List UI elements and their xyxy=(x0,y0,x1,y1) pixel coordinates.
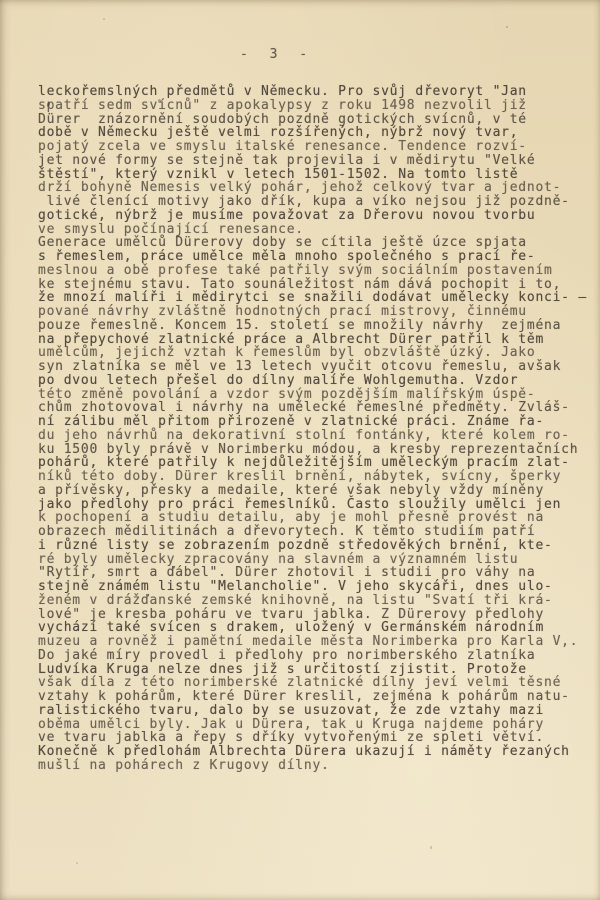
paper-speck xyxy=(103,18,105,20)
text-line: pované návrhy zvláštně hodnotných prací … xyxy=(38,305,588,319)
text-line: lové" je kresba poháru ve tvaru jablka. … xyxy=(38,608,588,622)
text-line: umělcům, jejichž vztah k řemeslům byl ob… xyxy=(38,346,588,360)
text-line: stejně známém listu "Melancholie". V jeh… xyxy=(38,580,588,594)
text-line: Generace umělců Dürerovy doby se cítila … xyxy=(38,236,588,250)
text-line: pohárů, které patřily k nejdůležitějším … xyxy=(38,456,588,470)
text-line: ve tvaru jablka a řepy s dříky vytvořený… xyxy=(38,731,588,745)
text-line: pojatý zcela ve smyslu italské renesance… xyxy=(38,140,588,154)
paper-speck xyxy=(506,26,508,28)
text-line: livé členící motivy jako dřík, kupa a ví… xyxy=(38,195,588,209)
text-line: k pochopení a studiu detailu, aby je moh… xyxy=(38,511,588,525)
text-line: jet nové formy se stejně tak projevila i… xyxy=(38,154,588,168)
text-line: vychází také svícen s drakem, uložený v … xyxy=(38,621,588,635)
text-line: meslnou a obě profese také patřily svým … xyxy=(38,264,588,278)
text-line: "Rytíř, smrt a ďábel". Dürer zhotovil i … xyxy=(38,566,588,580)
page-number: - 3 - xyxy=(240,47,314,62)
text-line: i různé listy se zobrazením pozdně střed… xyxy=(38,539,588,553)
text-line: ke stejnému stavu. Tato sounáležitost ná… xyxy=(38,278,588,292)
text-line: Konečně k předlohám Albrechta Dürera uka… xyxy=(38,745,588,759)
paper-speck xyxy=(76,862,78,864)
text-line: ženém v drážďanské zemské knihovně, na l… xyxy=(38,594,588,608)
text-line: oběma umělci byly. Jak u Dürera, tak u K… xyxy=(38,718,588,732)
text-line: Ludvíka Kruga nelze dnes již s určitostí… xyxy=(38,663,588,677)
text-line: štěstí", který vznikl v letech 1501-1502… xyxy=(38,168,588,182)
text-line: níků této doby. Dürer kreslil brnění, ná… xyxy=(38,470,588,484)
text-line: ralistického tvaru, dalo by se usuzovat,… xyxy=(38,704,588,718)
text-line: obrazech mědilitinách a dřevorytech. K t… xyxy=(38,525,588,539)
text-line: Dürer znázornění soudobých pozdně gotick… xyxy=(38,113,588,127)
text-line: ré byly umělecky zpracovány na slavném a… xyxy=(38,553,588,567)
paper-speck xyxy=(430,846,432,849)
text-line: s řemeslem, práce umělce měla mnoho spol… xyxy=(38,250,588,264)
text-line: du jeho návrhů na dekorativní stolní fon… xyxy=(38,429,588,443)
text-line: chům zhotovoval i návrhy na umělecké řem… xyxy=(38,401,588,415)
text-line: pouze řemeslně. Koncem 15. století se mn… xyxy=(38,319,588,333)
text-line: ní zálibu měl přitom přirozeně v zlatnic… xyxy=(38,415,588,429)
text-line: době v Německu ještě velmi rozšířených, … xyxy=(38,126,588,140)
text-line: po dvou letech přešel do dílny malíře Wo… xyxy=(38,374,588,388)
text-line: a přívěsky, přesky a medaile, které však… xyxy=(38,484,588,498)
text-line: jako předlohy pro práci řemeslníků. Čast… xyxy=(38,498,588,512)
text-line: mušlí na pohárech z Krugovy dílny. xyxy=(38,759,588,773)
text-line: však díla z této norimberské zlatnické d… xyxy=(38,676,588,690)
text-line: gotické, nýbrž je musíme považovat za Dř… xyxy=(38,209,588,223)
paper-speck xyxy=(572,446,574,449)
typewritten-text-block: leckořemslných předmětů v Německu. Pro s… xyxy=(38,85,588,773)
text-line: Do jaké míry provedl i předlohy pro nori… xyxy=(38,649,588,663)
text-line: vztahy k pohárům, které Dürer kreslil, z… xyxy=(38,690,588,704)
text-line: syn zlatníka se měl ve 13 letech vyučit … xyxy=(38,360,588,374)
text-line: muzeu a rovněž i pamětní medaile města N… xyxy=(38,635,588,649)
scanned-page: - 3 - leckořemslných předmětů v Německu.… xyxy=(0,0,600,900)
text-line: drží bohyně Nemesis velký pohár, jehož c… xyxy=(38,181,588,195)
text-line: že mnozí malíři i mědirytci se snažili d… xyxy=(38,291,588,305)
text-line: spatří sedm svícnů" z apokalypsy z roku … xyxy=(38,99,588,113)
text-line: leckořemslných předmětů v Německu. Pro s… xyxy=(38,85,588,99)
